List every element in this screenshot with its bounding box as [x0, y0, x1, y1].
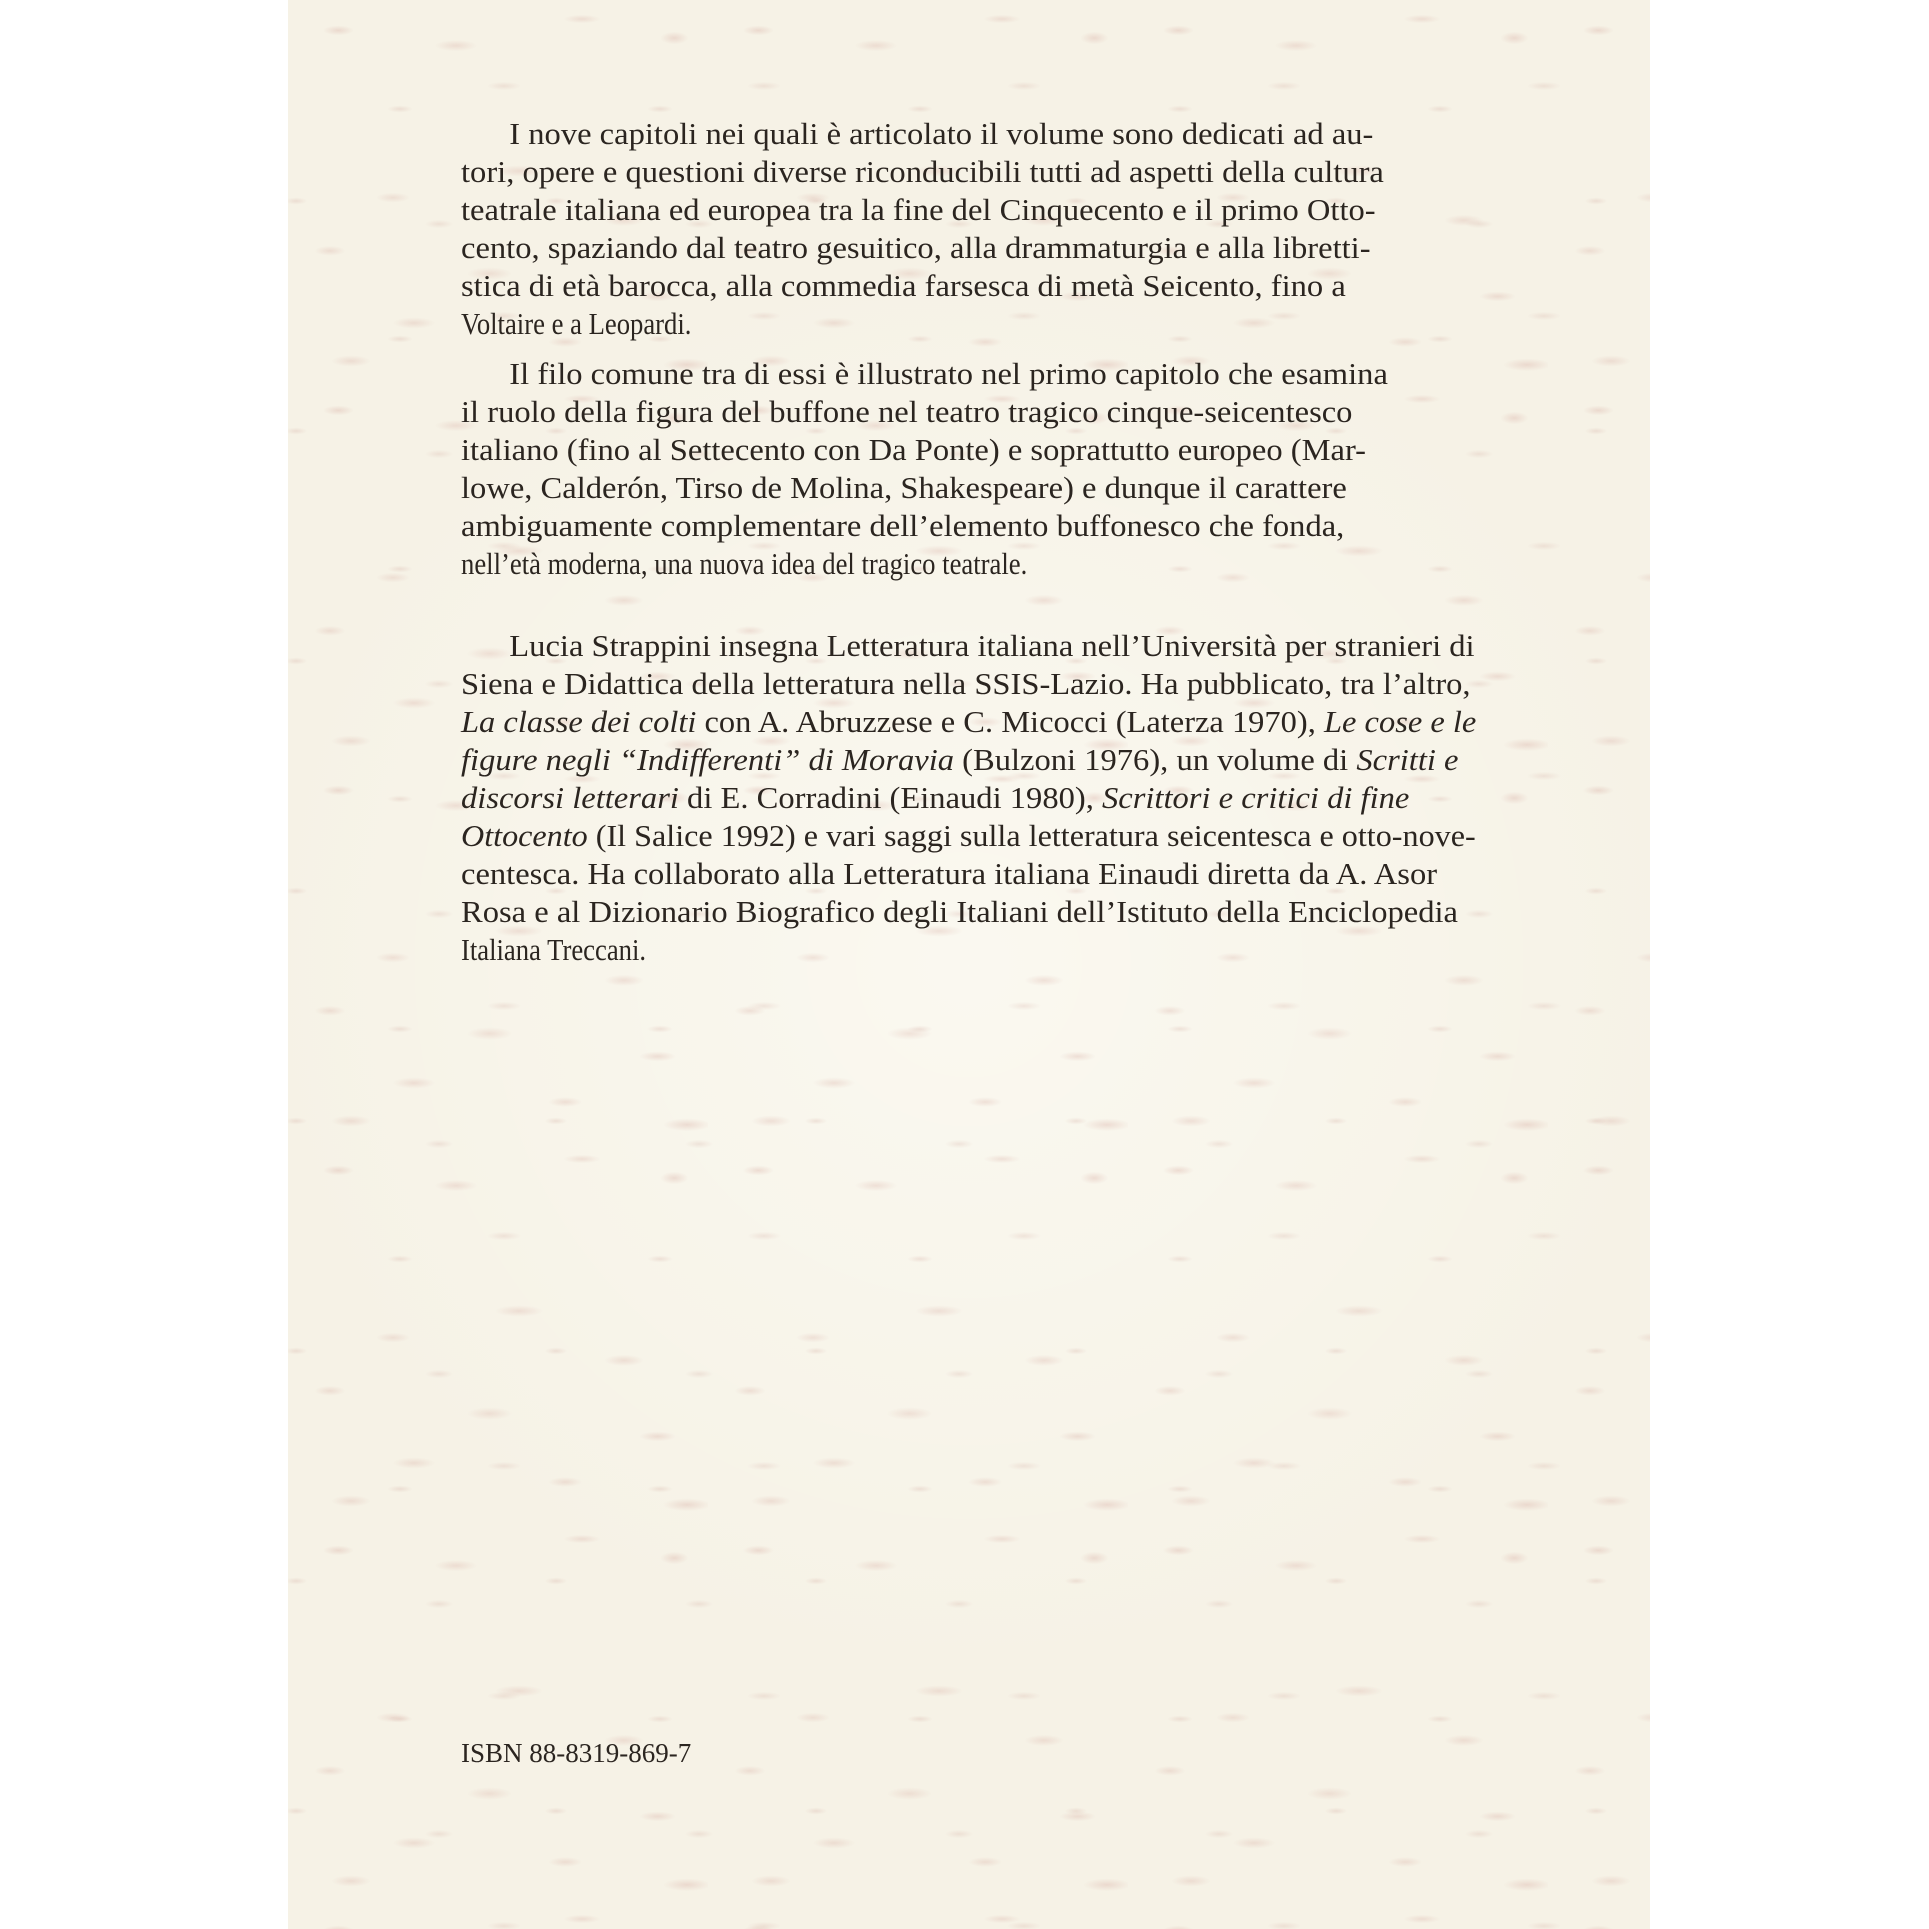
text-line: Lucia Strappini insegna Letteratura ital…: [461, 627, 1476, 665]
author-bio-paragraph: Lucia Strappini insegna Letteratura ital…: [461, 627, 1476, 969]
text-line: lowe, Calderón, Tirso de Molina, Shakesp…: [461, 469, 1476, 507]
text-line: I nove capitoli nei quali è articolato i…: [461, 115, 1476, 153]
text-line: La classe dei colti con A. Abruzzese e C…: [461, 703, 1476, 741]
text-line: Italiana Treccani.: [461, 931, 1476, 969]
text-line: il ruolo della figura del buffone nel te…: [461, 393, 1476, 431]
text-line: Voltaire e a Leopardi.: [461, 305, 1476, 343]
text-line: figure negli “Indifferenti” di Moravia (…: [461, 741, 1476, 779]
text-line: centesca. Ha collaborato alla Letteratur…: [461, 855, 1476, 893]
text-line: stica di età barocca, alla commedia fars…: [461, 267, 1476, 305]
text-line: ambiguamente complementare dell’elemento…: [461, 507, 1476, 545]
text-line: discorsi letterari di E. Corradini (Eina…: [461, 779, 1476, 817]
text-line: tori, opere e questioni diverse riconduc…: [461, 153, 1476, 191]
summary-paragraph-2: Il filo comune tra di essi è illustrato …: [461, 355, 1476, 583]
text-line: Ottocento (Il Salice 1992) e vari saggi …: [461, 817, 1476, 855]
isbn-number: ISBN 88-8319-869-7: [461, 1738, 691, 1769]
text-line: Rosa e al Dizionario Biografico degli It…: [461, 893, 1476, 931]
text-line: Il filo comune tra di essi è illustrato …: [461, 355, 1476, 393]
summary-paragraph-1: I nove capitoli nei quali è articolato i…: [461, 115, 1476, 343]
text-line: nell’età moderna, una nuova idea del tra…: [461, 545, 1476, 583]
text-line: cento, spaziando dal teatro gesuitico, a…: [461, 229, 1476, 267]
text-line: italiano (fino al Settecento con Da Pont…: [461, 431, 1476, 469]
text-line: teatrale italiana ed europea tra la fine…: [461, 191, 1476, 229]
text-line: Siena e Didattica della letteratura nell…: [461, 665, 1476, 703]
